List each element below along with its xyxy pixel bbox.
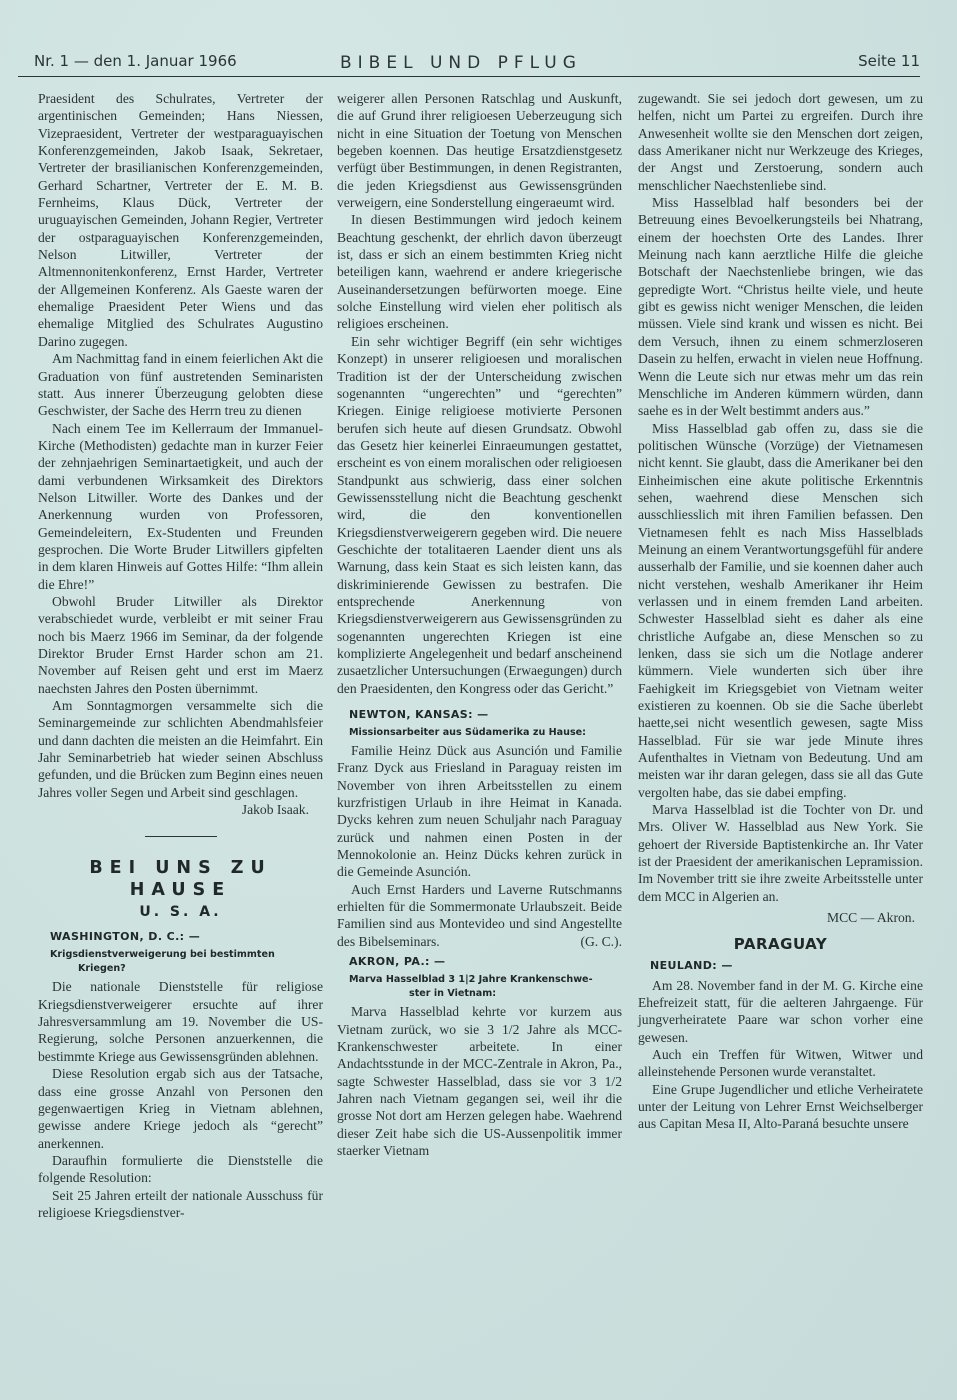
section-country: U. S. A. [38,903,323,921]
paragraph: Am 28. November fand in der M. G. Kirche… [638,977,923,1046]
column-3: zugewandt. Sie sei jedoch dort gewesen, … [638,90,923,1133]
subhead-line: ster in Vietnam: [349,987,622,1001]
article-subhead: Missionsarbeiter aus Südamerika zu Hause… [349,726,622,740]
paragraph: weigerer allen Personen Ratschlag und Au… [337,90,622,211]
dateline-washington: WASHINGTON, D. C.: — [50,929,323,944]
paragraph: Daraufhin formulierte die Dienststelle d… [38,1152,323,1187]
paragraph: Miss Hasselblad half besonders bei der B… [638,194,923,419]
paragraph: Am Sonntagmorgen versammelte sich die Se… [38,697,323,801]
paragraph: Seit 25 Jahren erteilt der nationale Aus… [38,1187,323,1222]
article-credit: (G. C.). [566,933,622,950]
subhead-line: Marva Hasselblad 3 1|2 Jahre Krankenschw… [349,974,593,985]
article-credit: MCC — Akron. [638,909,923,926]
paragraph: Marva Hasselblad kehrte vor kurzem aus V… [337,1003,622,1159]
paragraph: Auch Ernst Harders und Laverne Rutschman… [337,881,622,950]
paragraph: Diese Resolution ergab sich aus der Tats… [38,1065,323,1152]
author-signature: Jakob Isaak. [38,801,323,818]
paragraph: Nach einem Tee im Kellerraum der Immanue… [38,420,323,593]
paragraph: zugewandt. Sie sei jedoch dort gewesen, … [638,90,923,194]
column-2: weigerer allen Personen Ratschlag und Au… [337,90,622,1159]
article-subhead: Marva Hasselblad 3 1|2 Jahre Krankenschw… [349,973,622,1001]
paragraph: Am Nachmittag fand in einem feierlichen … [38,350,323,419]
issue-date: Nr. 1 — den 1. Januar 1966 [34,52,237,70]
dateline-newton: NEWTON, KANSAS: — [349,707,622,722]
section-title: BEI UNS ZU HAUSE [38,857,323,901]
paragraph: Praesident des Schulrates, Vertreter der… [38,90,323,350]
page-number: Seite 11 [858,52,920,70]
subhead-line: Kriegen? [50,962,323,976]
header-rule [18,76,920,77]
paragraph: Die nationale Dienststelle für religiose… [38,978,323,1065]
newspaper-page: Nr. 1 — den 1. Januar 1966 BIBEL UND PFL… [0,0,957,1400]
dateline-neuland: NEULAND: — [650,958,923,973]
paragraph: In diesen Bestimmungen wird jedoch keine… [337,211,622,332]
column-1: Praesident des Schulrates, Vertreter der… [38,90,323,1221]
page-header: Nr. 1 — den 1. Januar 1966 BIBEL UND PFL… [34,48,920,78]
paragraph: Miss Hasselblad gab offen zu, dass sie d… [638,420,923,802]
paragraph: Ein sehr wichtiger Begriff (ein sehr wic… [337,333,622,697]
paragraph: Auch ein Treffen für Witwen, Witwer und … [638,1046,923,1081]
paragraph: Familie Heinz Dück aus Asunción und Fami… [337,742,622,881]
article-subhead: Krigsdienstverweigerung bei bestimmten K… [50,948,323,976]
publication-title: BIBEL UND PFLUG [340,53,582,73]
dateline-akron: AKRON, PA.: — [349,954,622,969]
subhead-line: Krigsdienstverweigerung bei bestimmten [50,949,275,960]
paragraph: Obwohl Bruder Litwiller als Direktor ver… [38,593,323,697]
paragraph: Marva Hasselblad ist die Tochter von Dr.… [638,801,923,905]
section-country: PARAGUAY [638,935,923,954]
section-divider [145,836,217,837]
paragraph: Eine Grupe Jugendlicher und etliche Verh… [638,1081,923,1133]
